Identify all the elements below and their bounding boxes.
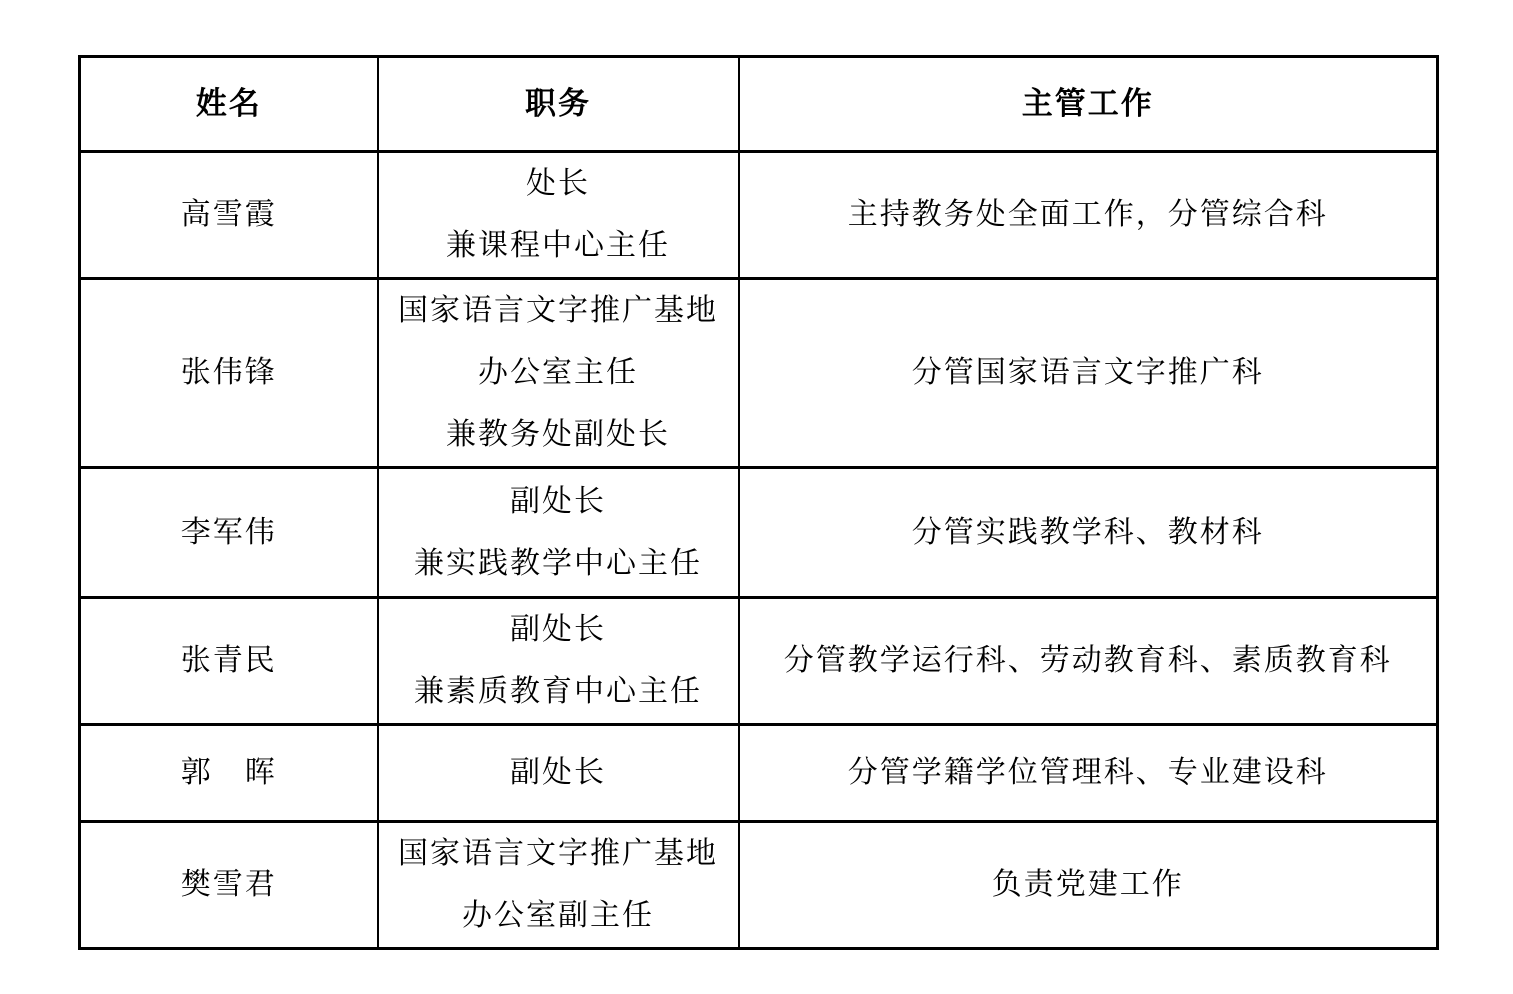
name-cell: 李军伟 — [80, 468, 378, 598]
table-row: 张伟锋 国家语言文字推广基地 办公室主任 兼教务处副处长 分管国家语言文字推广科 — [80, 279, 1438, 468]
table-row: 郭 晖 副处长 分管学籍学位管理科、专业建设科 — [80, 725, 1438, 822]
duty-cell: 分管国家语言文字推广科 — [739, 279, 1438, 468]
duty-cell: 负责党建工作 — [739, 822, 1438, 949]
duty-cell: 主持教务处全面工作，分管综合科 — [739, 152, 1438, 279]
duty-cell: 分管学籍学位管理科、专业建设科 — [739, 725, 1438, 822]
duty-cell: 分管教学运行科、劳动教育科、素质教育科 — [739, 598, 1438, 725]
staff-duty-table: 姓名 职务 主管工作 高雪霞 处长 兼课程中心主任 主持教务处全面工作 — [78, 55, 1439, 950]
name-text: 李军伟 — [81, 502, 377, 564]
position-cell: 副处长 — [378, 725, 739, 822]
column-header-position-label: 职务 — [379, 73, 738, 135]
position-line: 兼教务处副处长 — [379, 404, 738, 466]
name-text: 张伟锋 — [81, 342, 377, 404]
position-cell: 国家语言文字推广基地 办公室主任 兼教务处副处长 — [378, 279, 739, 468]
duty-text: 分管教学运行科、劳动教育科、素质教育科 — [740, 630, 1437, 692]
name-cell: 樊雪君 — [80, 822, 378, 949]
position-line: 办公室副主任 — [379, 885, 738, 947]
duty-text: 分管国家语言文字推广科 — [740, 342, 1437, 404]
name-text: 郭 晖 — [81, 742, 377, 804]
position-line: 办公室主任 — [379, 342, 738, 404]
column-header-name-label: 姓名 — [81, 73, 377, 135]
document-page: 姓名 职务 主管工作 高雪霞 处长 兼课程中心主任 主持教务处全面工作 — [0, 0, 1513, 994]
name-cell: 高雪霞 — [80, 152, 378, 279]
column-header-name: 姓名 — [80, 57, 378, 152]
name-text: 樊雪君 — [81, 854, 377, 916]
name-cell: 张青民 — [80, 598, 378, 725]
position-line: 处长 — [379, 153, 738, 215]
duty-text: 分管实践教学科、教材科 — [740, 502, 1437, 564]
position-line: 兼课程中心主任 — [379, 215, 738, 277]
position-line: 国家语言文字推广基地 — [379, 823, 738, 885]
table-row: 张青民 副处长 兼素质教育中心主任 分管教学运行科、劳动教育科、素质教育科 — [80, 598, 1438, 725]
table-row: 樊雪君 国家语言文字推广基地 办公室副主任 负责党建工作 — [80, 822, 1438, 949]
table-header-row: 姓名 职务 主管工作 — [80, 57, 1438, 152]
position-cell: 处长 兼课程中心主任 — [378, 152, 739, 279]
position-cell: 副处长 兼实践教学中心主任 — [378, 468, 739, 598]
column-header-position: 职务 — [378, 57, 739, 152]
duty-text: 主持教务处全面工作，分管综合科 — [740, 184, 1437, 246]
table-row: 李军伟 副处长 兼实践教学中心主任 分管实践教学科、教材科 — [80, 468, 1438, 598]
column-header-duty: 主管工作 — [739, 57, 1438, 152]
table-row: 高雪霞 处长 兼课程中心主任 主持教务处全面工作，分管综合科 — [80, 152, 1438, 279]
position-line: 副处长 — [379, 742, 738, 804]
position-line: 国家语言文字推广基地 — [379, 280, 738, 342]
name-text: 张青民 — [81, 630, 377, 692]
position-line: 兼素质教育中心主任 — [379, 661, 738, 723]
position-cell: 副处长 兼素质教育中心主任 — [378, 598, 739, 725]
position-line: 副处长 — [379, 599, 738, 661]
duty-text: 分管学籍学位管理科、专业建设科 — [740, 742, 1437, 804]
column-header-duty-label: 主管工作 — [740, 73, 1437, 135]
name-text: 高雪霞 — [81, 184, 377, 246]
position-cell: 国家语言文字推广基地 办公室副主任 — [378, 822, 739, 949]
name-cell: 郭 晖 — [80, 725, 378, 822]
duty-text: 负责党建工作 — [740, 854, 1437, 916]
duty-cell: 分管实践教学科、教材科 — [739, 468, 1438, 598]
position-line: 兼实践教学中心主任 — [379, 533, 738, 595]
position-line: 副处长 — [379, 471, 738, 533]
name-cell: 张伟锋 — [80, 279, 378, 468]
